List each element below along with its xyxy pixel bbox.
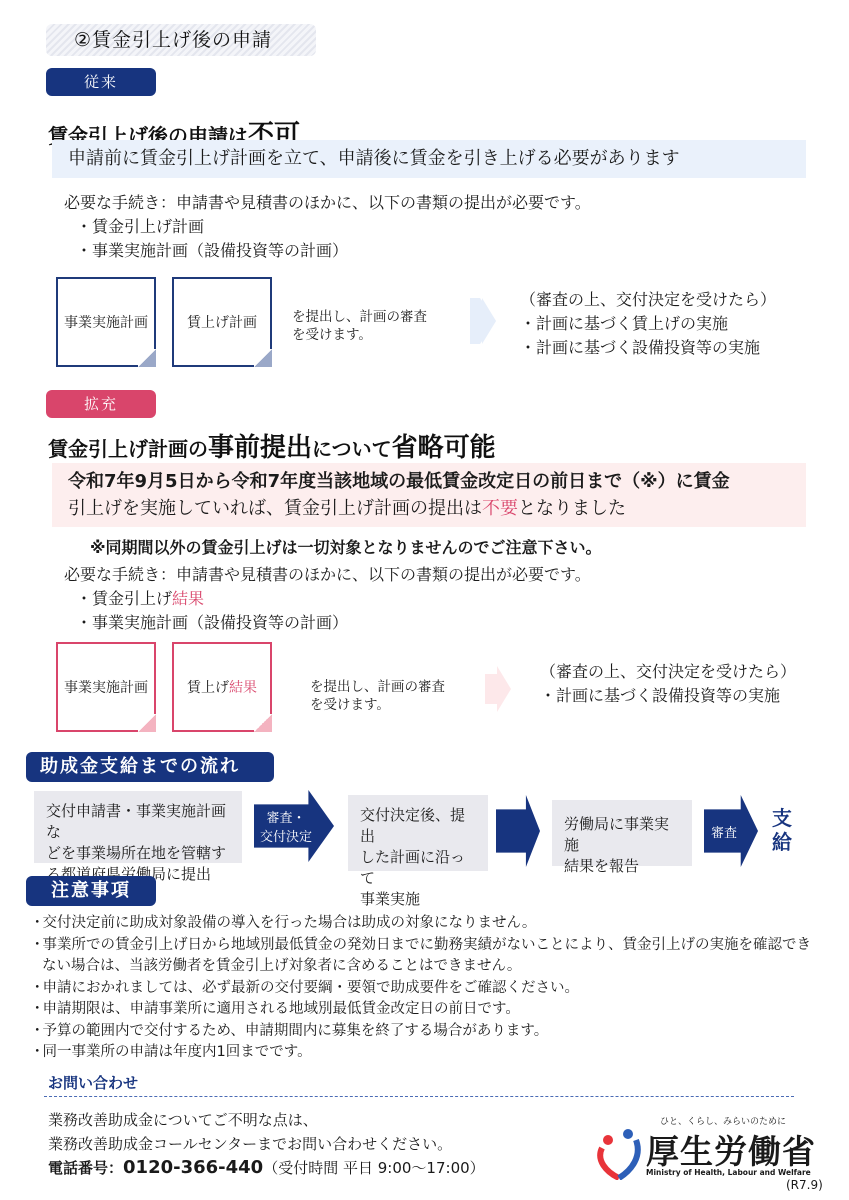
arrow-label: 審査 (711, 822, 737, 841)
page-fold-icon (138, 714, 156, 732)
tag-conventional: 従来 (46, 68, 156, 96)
contact-line: 業務改善助成金コールセンターまでお問い合わせください。 (48, 1132, 485, 1156)
caution-item: 同一事業所の申請は年度内1回までです。 (30, 1042, 820, 1064)
flow-step-apply: 交付申請書・事業実施計画な どを事業場所在地を管轄す る都道府県労働局に提出 (34, 791, 242, 863)
heading-emphasis: 省略可能 (392, 433, 496, 463)
mhlw-logo-icon (596, 1126, 642, 1180)
arrow-right-icon (485, 666, 511, 712)
caution-item: 交付決定前に助成対象設備の導入を行った場合は助成の対象になりません。 (30, 913, 820, 935)
contact-body: 業務改善助成金についてご不明な点は、 業務改善助成金コールセンターまでお問い合わ… (48, 1108, 485, 1180)
arrow-label-line: 審査・ (260, 807, 312, 826)
version-label: (R7.9) (786, 1178, 823, 1192)
step-line: 労働局に事業実施 (564, 814, 680, 856)
doc-label: 事業実施計画 (64, 677, 148, 697)
step-line: 交付決定後、提出 (360, 805, 476, 847)
submit-line: を受けます。 (292, 326, 427, 344)
contact-line: 業務改善助成金についてご不明な点は、 (48, 1108, 485, 1132)
doc-item-emphasis: 結果 (172, 589, 204, 608)
doc-label: 事業実施計画 (64, 312, 148, 332)
logo-name-ja: 厚生労働省 (646, 1126, 816, 1173)
band-text: 引上げを実施していれば、賃金引上げ計画の提出は (68, 498, 482, 519)
doc-label: 賃上げ (187, 677, 229, 697)
page-fold-icon (254, 714, 272, 732)
flow-final-payment: 支 給 (772, 806, 792, 854)
submit-line: を提出し、計画の審査 (310, 678, 445, 696)
cautions-list: 交付決定前に助成対象設備の導入を行った場合は助成の対象になりません。 事業所での… (30, 913, 820, 1064)
step-line: 結果を報告 (564, 856, 680, 877)
arrow-right-icon (470, 298, 496, 344)
cautions-title: 注意事項 (26, 876, 156, 906)
after-line: ・計画に基づく設備投資等の実施 (520, 336, 776, 360)
band-emphasis: 不要 (482, 498, 518, 519)
phone-label: 電話番号： (48, 1159, 123, 1177)
page-fold-icon (254, 349, 272, 367)
expanded-heading: 賃金引上げ計画の事前提出について省略可能 (48, 427, 496, 464)
page-fold-icon (138, 349, 156, 367)
conventional-doc-item: ・賃金引上げ計画 (76, 215, 204, 239)
doc-label: 賃上げ計画 (187, 312, 257, 332)
final-char: 給 (772, 830, 792, 854)
logo-name-en: Ministry of Health, Labour and Welfare (646, 1168, 811, 1177)
tag-expanded: 拡充 (46, 390, 156, 418)
final-char: 支 (772, 806, 792, 830)
step-line: した計画に沿って (360, 847, 476, 889)
flow-arrow (496, 795, 540, 867)
expanded-doc-item: ・事業実施計画（設備投資等の計画） (76, 611, 348, 635)
submit-text: を提出し、計画の審査 を受けます。 (292, 308, 427, 344)
flow-step-implement: 交付決定後、提出 した計画に沿って 事業実施 (348, 795, 488, 871)
phone-hours: （受付時間 平日 9:00～17:00） (263, 1159, 484, 1177)
conventional-doc-item: ・事業実施計画（設備投資等の計画） (76, 239, 348, 263)
contact-phone: 電話番号：0120-366-440（受付時間 平日 9:00～17:00） (48, 1156, 485, 1180)
conventional-procedure: 必要な手続き：申請書や見積書のほかに、以下の書類の提出が必要です。 (64, 191, 591, 215)
step-line: 交付申請書・事業実施計画な (46, 801, 230, 843)
contact-title: お問い合わせ (48, 1072, 138, 1093)
submit-text: を提出し、計画の審査 を受けます。 (310, 678, 445, 714)
expanded-band: 令和7年9月5日から令和7年度当該地域の最低賃金改定日の前日まで（※）に賃金 引… (52, 463, 806, 527)
band-line: 令和7年9月5日から令和7年度当該地域の最低賃金改定日の前日まで（※）に賃金 (68, 468, 806, 495)
conventional-after: （審査の上、交付決定を受けたら） ・計画に基づく賃上げの実施 ・計画に基づく設備… (520, 288, 776, 360)
document-card-business-plan: 事業実施計画 (56, 277, 156, 367)
contact-divider (44, 1096, 794, 1097)
conventional-band: 申請前に賃金引上げ計画を立て、申請後に賃金を引き上げる必要があります (52, 140, 806, 178)
flow-step-report: 労働局に事業実施 結果を報告 (552, 800, 692, 866)
heading-text: について (312, 437, 392, 461)
caution-item: 申請におかれましては、必ず最新の交付要綱・要領で助成要件をご確認ください。 (30, 978, 820, 1000)
after-line: （審査の上、交付決定を受けたら） (520, 288, 776, 312)
step-line: 事業実施 (360, 889, 476, 910)
after-line: ・計画に基づく設備投資等の実施 (540, 684, 796, 708)
flow-title: 助成金支給までの流れ (26, 752, 274, 782)
section-title: ②賃金引上げ後の申請 (46, 24, 316, 56)
band-line: 引上げを実施していれば、賃金引上げ計画の提出は不要となりました (68, 495, 806, 522)
band-text: となりました (518, 498, 626, 519)
caution-item: 予算の範囲内で交付するため、申請期間内に募集を終了する場合があります。 (30, 1021, 820, 1043)
doc-item-text: ・賃金引上げ (76, 589, 172, 608)
heading-text: 賃金引上げ計画の (48, 437, 208, 461)
document-card-business-plan: 事業実施計画 (56, 642, 156, 732)
submit-line: を受けます。 (310, 696, 445, 714)
flow-arrow-review: 審査 (704, 795, 758, 867)
expanded-procedure: 必要な手続き：申請書や見積書のほかに、以下の書類の提出が必要です。 (64, 563, 591, 587)
expanded-note: ※同期間以外の賃金引上げは一切対象となりませんのでご注意下さい。 (90, 536, 602, 560)
caution-item: 事業所での賃金引上げ日から地域別最低賃金の発効日までに勤務実績がないことにより、… (30, 935, 820, 978)
arrow-label-line: 交付決定 (260, 826, 312, 845)
phone-number: 0120-366-440 (123, 1157, 263, 1178)
after-line: （審査の上、交付決定を受けたら） (540, 660, 796, 684)
after-line: ・計画に基づく賃上げの実施 (520, 312, 776, 336)
expanded-doc-item: ・賃金引上げ結果 (76, 587, 204, 611)
document-card-wage-plan: 賃上げ計画 (172, 277, 272, 367)
doc-label-emphasis: 結果 (229, 677, 257, 697)
submit-line: を提出し、計画の審査 (292, 308, 427, 326)
document-card-wage-result: 賃上げ結果 (172, 642, 272, 732)
step-line: どを事業場所在地を管轄す (46, 843, 230, 864)
flow-arrow-review-decision: 審査・交付決定 (254, 790, 334, 862)
expanded-after: （審査の上、交付決定を受けたら） ・計画に基づく設備投資等の実施 (540, 660, 796, 708)
arrow-label: 審査・交付決定 (260, 807, 312, 845)
heading-emphasis: 事前提出 (208, 433, 312, 463)
caution-item: 申請期限は、申請事業所に適用される地域別最低賃金改定日の前日です。 (30, 999, 820, 1021)
